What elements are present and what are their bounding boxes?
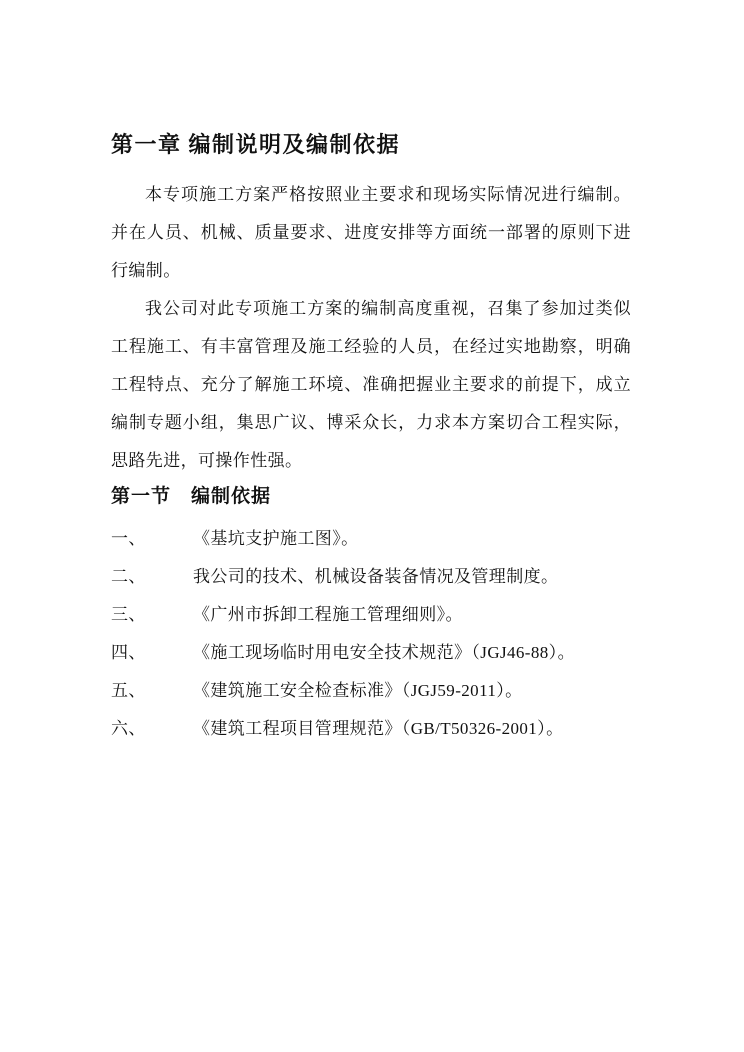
list-item: 一、 《基坑支护施工图》。 <box>111 520 631 558</box>
list-item-text: 《施工现场临时用电安全技术规范》（JGJ46-88）。 <box>193 634 631 672</box>
list-item-text: 我公司的技术、机械设备装备情况及管理制度。 <box>193 558 631 596</box>
section-title: 第一节 编制依据 <box>111 484 631 510</box>
list-item-number: 三、 <box>111 596 193 634</box>
list-item-number: 二、 <box>111 558 193 596</box>
chapter-title: 第一章 编制说明及编制依据 <box>111 130 631 160</box>
page-content: 第一章 编制说明及编制依据 本专项施工方案严格按照业主要求和现场实际情况进行编制… <box>111 130 631 748</box>
list-item: 六、 《建筑工程项目管理规范》（GB/T50326-2001）。 <box>111 710 631 748</box>
list-item-number: 五、 <box>111 672 193 710</box>
document-page: 第一章 编制说明及编制依据 本专项施工方案严格按照业主要求和现场实际情况进行编制… <box>0 0 744 1052</box>
list-item-text: 《广州市拆卸工程施工管理细则》。 <box>193 596 631 634</box>
list-item: 二、 我公司的技术、机械设备装备情况及管理制度。 <box>111 558 631 596</box>
paragraph-compilation-statement: 本专项施工方案严格按照业主要求和现场实际情况进行编制。并在人员、机械、质量要求、… <box>111 176 631 290</box>
list-item: 四、 《施工现场临时用电安全技术规范》（JGJ46-88）。 <box>111 634 631 672</box>
list-item-number: 一、 <box>111 520 193 558</box>
list-item-number: 六、 <box>111 710 193 748</box>
list-item-number: 四、 <box>111 634 193 672</box>
list-item-text: 《建筑工程项目管理规范》（GB/T50326-2001）。 <box>193 710 631 748</box>
paragraph-company-attention: 我公司对此专项施工方案的编制高度重视，召集了参加过类似工程施工、有丰富管理及施工… <box>111 290 631 480</box>
list-item-text: 《建筑施工安全检查标准》（JGJ59-2011）。 <box>193 672 631 710</box>
list-item-text: 《基坑支护施工图》。 <box>193 520 631 558</box>
reference-list: 一、 《基坑支护施工图》。 二、 我公司的技术、机械设备装备情况及管理制度。 三… <box>111 520 631 748</box>
list-item: 五、 《建筑施工安全检查标准》（JGJ59-2011）。 <box>111 672 631 710</box>
list-item: 三、 《广州市拆卸工程施工管理细则》。 <box>111 596 631 634</box>
